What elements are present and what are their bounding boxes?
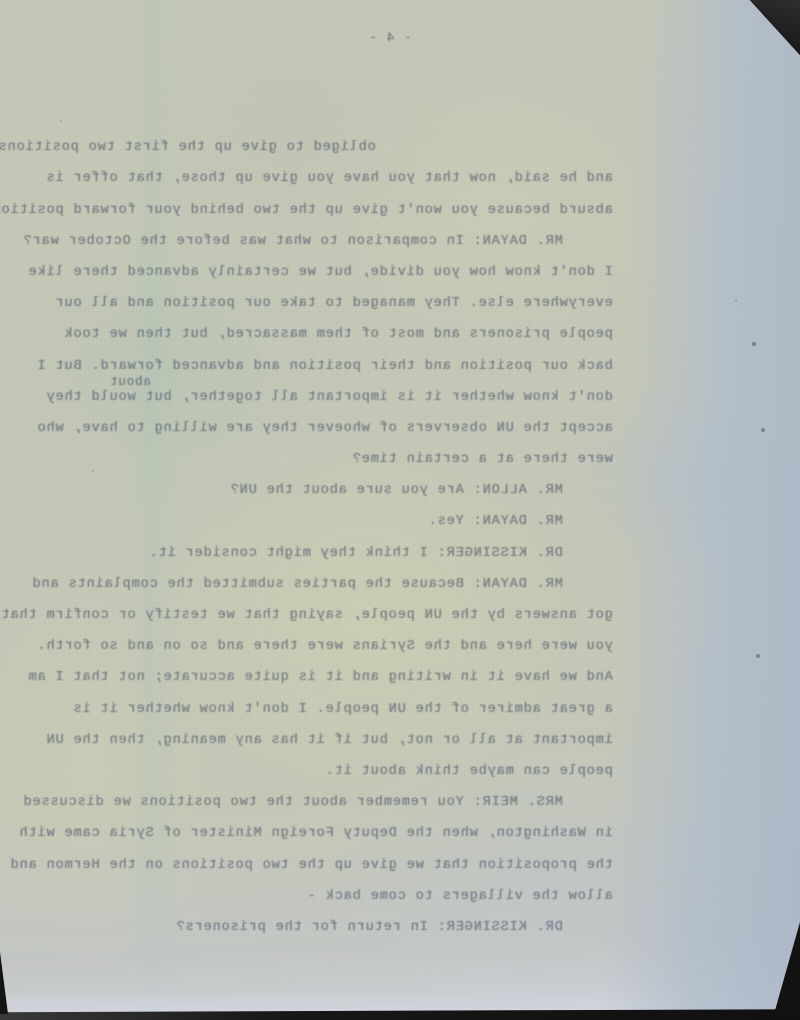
typed-line: MR. ALLON: Are you sure about the UN? [0, 444, 703, 475]
typed-line: and he said, now that you have you give … [0, 132, 703, 163]
typed-line: in Washington, when the Deputy Foreign M… [0, 787, 703, 818]
typed-line: MRS. MEIR: You remember about the two po… [0, 756, 703, 787]
typed-line: MR. DAYAN: In comparison to what was bef… [0, 195, 703, 226]
scanned-page: - 4 - obliged to give up the first two p… [0, 0, 800, 1020]
typed-line: the proposition that we give up the two … [0, 818, 703, 849]
typed-line: a great admirer of the UN people. I don'… [0, 662, 703, 693]
page-number: - 4 - [368, 30, 412, 45]
typed-line-text: DR. KISSINGER: In return for the prisone… [176, 920, 563, 935]
typed-line: important at all or not, but if it has a… [0, 694, 703, 725]
typed-line: were there at a certain time? [0, 413, 703, 444]
typed-text-block: obliged to give up the first two positio… [0, 101, 800, 912]
dust-specks [0, 0, 2, 2]
inserted-correction-word: about [109, 367, 151, 398]
mirrored-typescript-layer: - 4 - obliged to give up the first two p… [0, 0, 800, 1020]
typed-line: DR. KISSINGER: In return for the prisone… [0, 881, 703, 912]
typed-line: absurd because you won't give up the two… [0, 163, 703, 194]
typed-line: I don't know how you divide, but we cert… [0, 226, 703, 257]
typed-line: people prisoners and most of them massac… [0, 288, 703, 319]
typed-line: you were here and the Syrians were there… [0, 600, 703, 631]
typed-line: got answers by the UN people, saying tha… [0, 569, 703, 600]
typed-line: allow the villagers to come back - [0, 850, 703, 881]
typed-line: MR. DAYAN: Because the parties submitted… [0, 538, 703, 569]
typed-line: everywhere else. They managed to take ou… [0, 257, 703, 288]
typed-line: MR. DAYAN: Yes. [0, 475, 703, 506]
typed-line: DR. KISSINGER: I think they might consid… [0, 506, 703, 537]
typed-line: And we have it in writing and it is quit… [0, 631, 703, 662]
typed-line: back our position and their position and… [0, 319, 703, 350]
typed-line: people can maybe think about it. [0, 725, 703, 756]
typed-line: don't know whether it is important all t… [0, 351, 703, 382]
typed-line: obliged to give up the first two positio… [0, 101, 703, 132]
typed-line: accept the UN observers of whoever they … [0, 382, 703, 413]
